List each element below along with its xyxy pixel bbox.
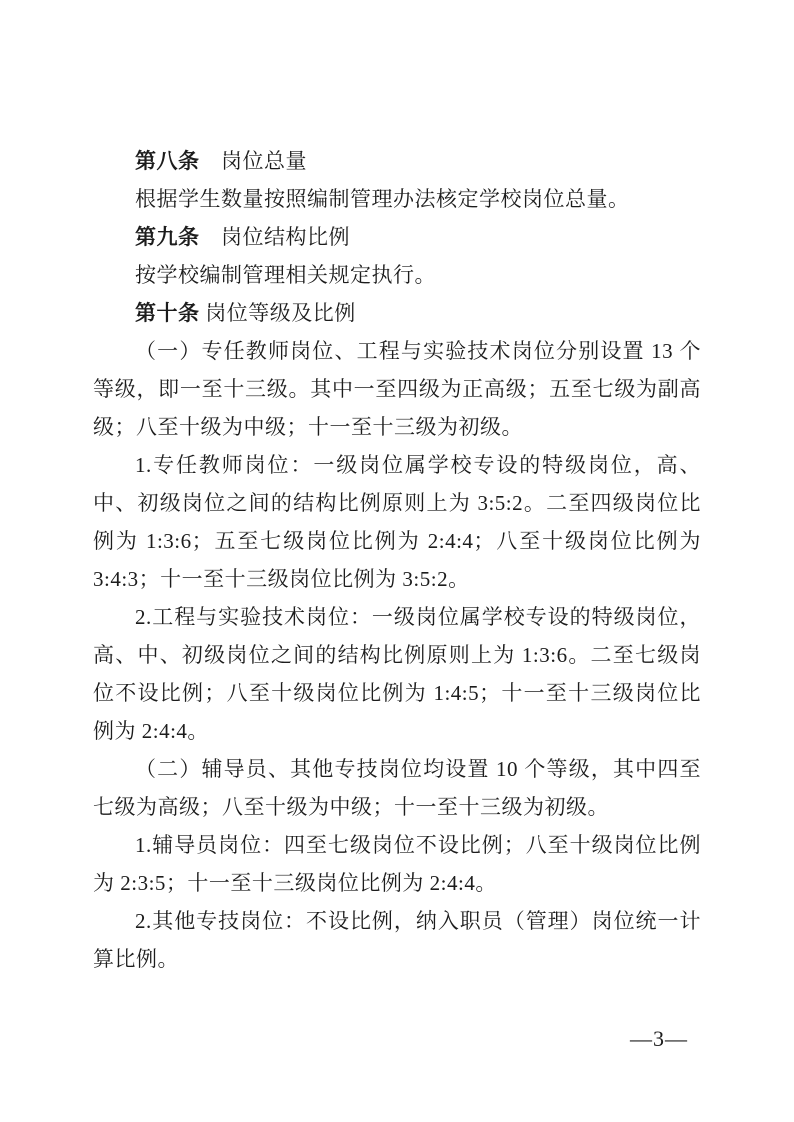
paragraph: （一）专任教师岗位、工程与实验技术岗位分别设置 13 个等级，即一至十三级。其中… — [93, 332, 701, 446]
article-title: 岗位总量 — [221, 149, 307, 173]
article-heading: 第十条 岗位等级及比例 — [93, 294, 701, 332]
article-term: 第九条 — [135, 225, 200, 249]
paragraph: 2.其他专技岗位：不设比例，纳入职员（管理）岗位统一计算比例。 — [93, 902, 701, 978]
document-body: 第八条 岗位总量 根据学生数量按照编制管理办法核定学校岗位总量。 第九条 岗位结… — [93, 142, 701, 978]
article-separator — [200, 225, 222, 249]
article-title: 岗位结构比例 — [221, 225, 350, 249]
article-title: 岗位等级及比例 — [205, 301, 356, 325]
paragraph: 2.工程与实验技术岗位：一级岗位属学校专设的特级岗位，高、中、初级岗位之间的结构… — [93, 598, 701, 750]
paragraph: （二）辅导员、其他专技岗位均设置 10 个等级，其中四至七级为高级；八至十级为中… — [93, 750, 701, 826]
paragraph: 1.专任教师岗位：一级岗位属学校专设的特级岗位，高、中、初级岗位之间的结构比例原… — [93, 446, 701, 598]
article-separator — [200, 149, 222, 173]
document-page: 第八条 岗位总量 根据学生数量按照编制管理办法核定学校岗位总量。 第九条 岗位结… — [0, 0, 794, 1122]
article-heading: 第九条 岗位结构比例 — [93, 218, 701, 256]
paragraph: 根据学生数量按照编制管理办法核定学校岗位总量。 — [93, 180, 701, 218]
article-term: 第十条 — [135, 301, 200, 325]
paragraph: 1.辅导员岗位：四至七级岗位不设比例；八至十级岗位比例为 2:3:5；十一至十三… — [93, 826, 701, 902]
paragraph: 按学校编制管理相关规定执行。 — [93, 256, 701, 294]
page-number: —3— — [630, 1024, 688, 1054]
article-term: 第八条 — [135, 149, 200, 173]
article-heading: 第八条 岗位总量 — [93, 142, 701, 180]
